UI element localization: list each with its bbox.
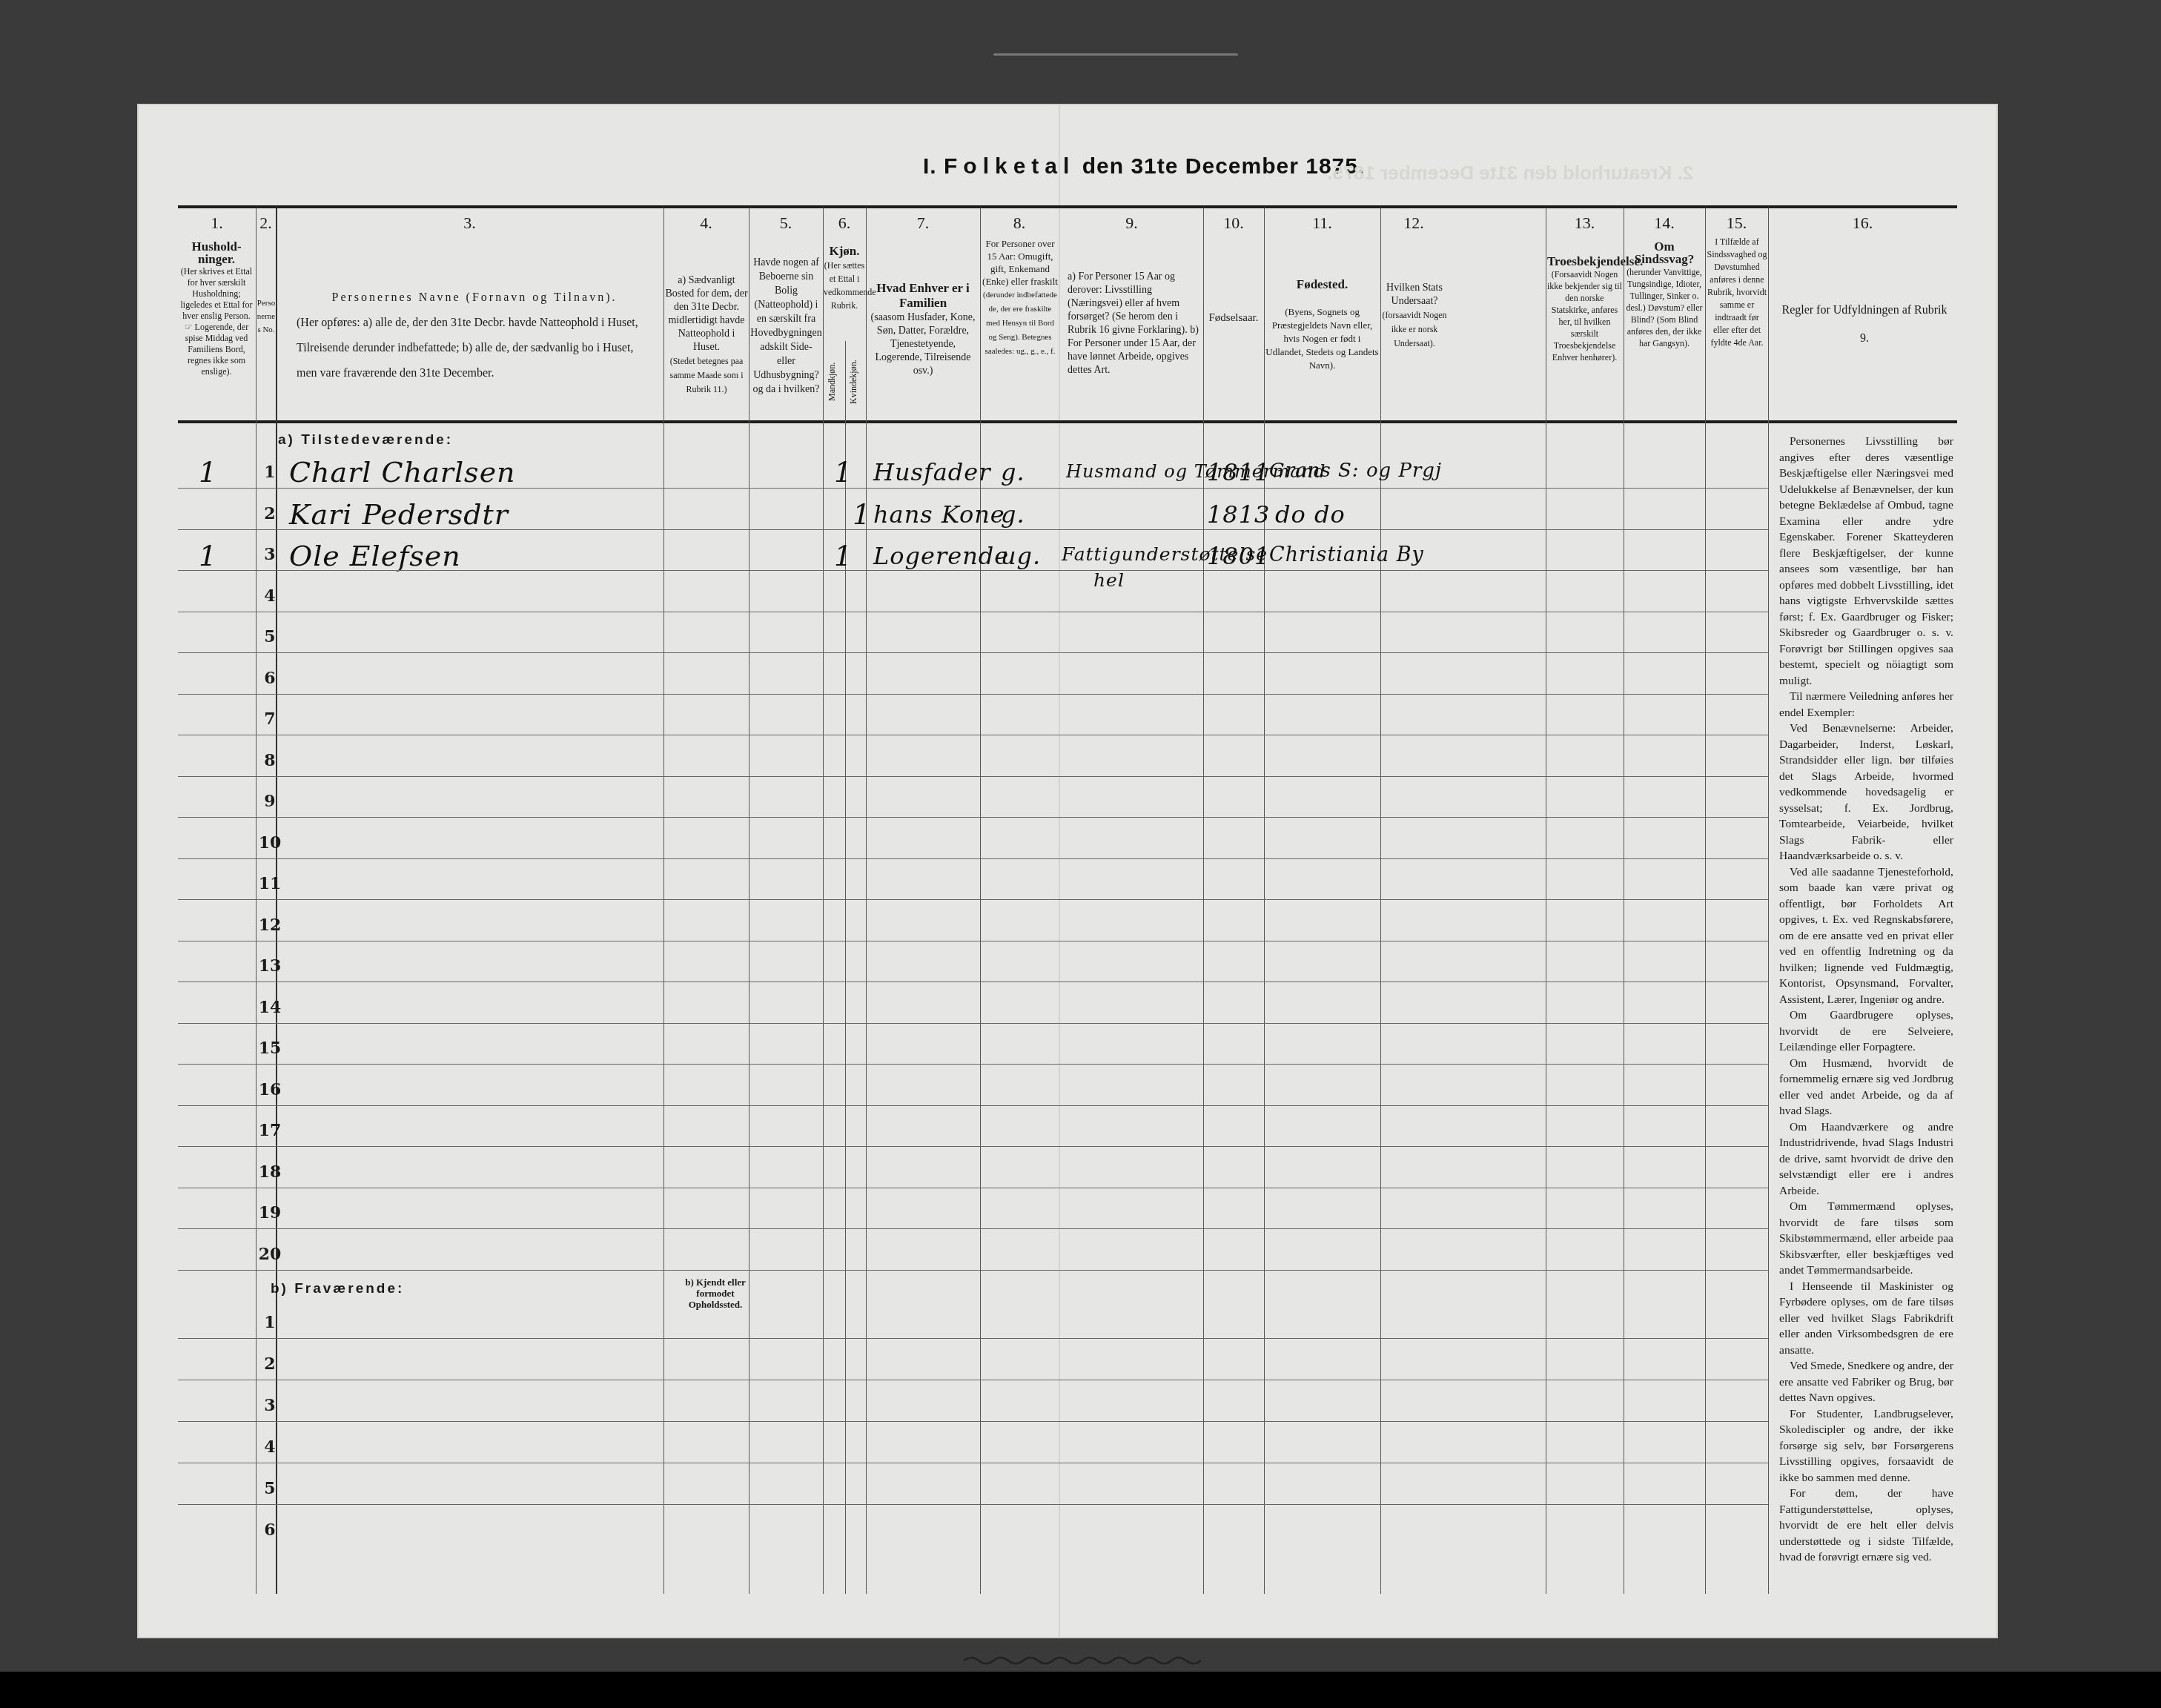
row-rule xyxy=(178,570,1768,571)
row-rule xyxy=(178,1105,1768,1106)
row-rule xyxy=(178,1270,1768,1271)
row-number: 1 xyxy=(258,463,282,482)
col-header-4-title: a) Sædvanligt Bosted for dem, der den 31… xyxy=(665,275,747,353)
col-divider xyxy=(1203,208,1204,1594)
row-number: 15 xyxy=(258,1039,282,1058)
entry-1-birthplace[interactable]: Grans S: og Prgj xyxy=(1269,460,1442,482)
col-num-2: 2. xyxy=(256,213,276,233)
row-number: 12 xyxy=(258,916,282,935)
entry-3-name[interactable]: Ole Elefsen xyxy=(289,540,461,572)
bleed-through-title: 2. Kreaturhold den 31te December 1875. xyxy=(1327,162,1693,185)
row-rule xyxy=(178,1023,1768,1024)
col-header-1-title: Hushold-ninger. xyxy=(191,239,241,266)
header-bottom-rule xyxy=(178,420,1957,423)
row-number: 14 xyxy=(258,998,282,1017)
rules-paragraph: Om Husmænd, hvorvidt de fornemmelig ernæ… xyxy=(1779,1056,1953,1119)
col-header-10: Fødselsaar. xyxy=(1205,311,1262,325)
entry-2-sex-f[interactable]: 1 xyxy=(853,498,871,531)
row-number: 9 xyxy=(258,792,282,811)
col-header-7-sub: (saasom Husfader, Kone, Søn, Datter, For… xyxy=(871,312,976,377)
col-header-6-title: Kjøn. xyxy=(829,244,859,258)
row-rule xyxy=(178,652,1768,653)
col-header-9: a) For Personer 15 Aar og derover: Livss… xyxy=(1068,271,1199,377)
row-number: 3 xyxy=(258,545,282,564)
col-header-11-title: Fødested. xyxy=(1297,277,1348,291)
bottom-signature-scrawl xyxy=(964,1655,1245,1666)
row-number: 8 xyxy=(258,751,282,770)
scan-bottom-edge xyxy=(0,1672,2161,1708)
col-header-1: Hushold-ninger. (Her skrives et Ettal fo… xyxy=(179,241,254,377)
row-rule xyxy=(178,899,1768,900)
rules-paragraph: Ved Smede, Snedkere og andre, der ere an… xyxy=(1779,1358,1953,1406)
rules-paragraph: Om Haandværkere og andre Industridrivend… xyxy=(1779,1119,1953,1199)
col-header-14-title: Om Sindssvag? xyxy=(1635,239,1694,266)
row-rule xyxy=(178,1064,1768,1065)
col-divider xyxy=(749,208,749,1594)
col-divider xyxy=(1546,208,1546,1594)
entry-1-name[interactable]: Charl Charlsen xyxy=(289,456,516,489)
col-num-3: 3. xyxy=(276,213,663,233)
entry-3-sex-m[interactable]: 1 xyxy=(834,540,853,572)
row-rule xyxy=(178,817,1768,818)
col-header-14: Om Sindssvag? (herunder Vanvittige, Tung… xyxy=(1625,241,1704,349)
entry-2-birthplace[interactable]: do do xyxy=(1275,500,1346,529)
col-divider xyxy=(276,208,277,1594)
col-header-14-sub: (herunder Vanvittige, Tungsindige, Idiot… xyxy=(1626,267,1703,348)
col4-absent-note: b) Kjendt eller formodet Opholdssted. xyxy=(671,1277,760,1310)
col-num-12: 12. xyxy=(1380,213,1447,233)
col-header-8: For Personer over 15 Aar: Omugift, gift,… xyxy=(982,237,1059,358)
entry-2-name[interactable]: Kari Pedersdtr xyxy=(289,498,509,531)
col-num-4: 4. xyxy=(663,213,749,233)
rules-paragraph: Til nærmere Veiledning anføres her endel… xyxy=(1779,689,1953,721)
row-number-absent: 6 xyxy=(258,1520,282,1540)
col-divider xyxy=(1624,208,1624,1594)
entry-1-sex-m[interactable]: 1 xyxy=(834,456,853,489)
row-number: 13 xyxy=(258,956,282,976)
entry-3-marital[interactable]: ug. xyxy=(1001,542,1041,570)
entry-1-marital[interactable]: g. xyxy=(1001,458,1025,486)
rules-paragraph: Ved Benævnelserne: Arbeider, Dagarbeider… xyxy=(1779,721,1953,864)
row-rule xyxy=(178,1463,1768,1463)
entry-1-household: 1 xyxy=(199,456,217,489)
col-header-2: Personernes No. xyxy=(257,297,276,337)
col-header-6-male: Mandkjøn. xyxy=(825,352,843,411)
col-num-16: 16. xyxy=(1768,213,1957,233)
row-rule xyxy=(178,1380,1768,1380)
entry-3-role[interactable]: Logerende xyxy=(873,542,1009,570)
row-number-absent: 3 xyxy=(258,1396,282,1415)
row-rule xyxy=(178,1421,1768,1422)
title-main: Folketal xyxy=(944,154,1075,179)
row-number: 5 xyxy=(258,627,282,646)
rules-paragraph: For Studenter, Landbrugselever, Skoledis… xyxy=(1779,1406,1953,1486)
row-rule xyxy=(178,1504,1768,1505)
row-rule xyxy=(178,529,1768,530)
col-num-5: 5. xyxy=(749,213,823,233)
title-date: den 31te December 1875. xyxy=(1082,154,1366,179)
rules-for-column-9: Personernes Livsstilling bør angives eft… xyxy=(1779,434,1953,1566)
row-number: 6 xyxy=(258,669,282,688)
row-number: 10 xyxy=(258,833,282,853)
col-divider xyxy=(1705,208,1706,1594)
header-top-rule xyxy=(178,205,1957,208)
col-header-7-title: Hvad Enhver er i Familien xyxy=(876,281,969,310)
col-header-11-sub: (Byens, Sognets og Præstegjeldets Navn e… xyxy=(1265,306,1378,371)
entry-3-occupation-detail[interactable]: hel xyxy=(1093,569,1125,591)
row-rule xyxy=(178,1188,1768,1188)
row-number: 16 xyxy=(258,1080,282,1099)
row-number-absent: 5 xyxy=(258,1479,282,1498)
col-num-6: 6. xyxy=(823,213,866,233)
row-rule xyxy=(178,735,1768,735)
row-number-absent: 2 xyxy=(258,1354,282,1374)
col-header-13-sub: (Forsaavidt Nogen ikke bekjender sig til… xyxy=(1547,269,1622,363)
row-rule xyxy=(178,488,1768,489)
col-divider xyxy=(663,208,664,1594)
rules-paragraph: Personernes Livsstilling bør angives eft… xyxy=(1779,434,1953,689)
entry-2-role[interactable]: hans Kone xyxy=(873,500,1005,529)
row-number: 20 xyxy=(258,1245,282,1264)
col-header-6: Kjøn. (Her sættes et Ettal i vedkommende… xyxy=(824,245,865,312)
col-num-11: 11. xyxy=(1264,213,1380,233)
section-absent-label: b) Fraværende: xyxy=(271,1281,404,1297)
row-rule xyxy=(178,982,1768,982)
col-num-15: 15. xyxy=(1705,213,1768,233)
col-header-12-sub: (forsaavidt Nogen ikke er norsk Undersaa… xyxy=(1383,310,1447,348)
rules-paragraph: Om Gaardbrugere oplyses, hvorvidt de ere… xyxy=(1779,1007,1953,1056)
col-header-11: Fødested. (Byens, Sognets og Præstegjeld… xyxy=(1265,278,1379,372)
row-rule xyxy=(178,1228,1768,1229)
page-title: I. Folketal den 31te December 1875. xyxy=(923,154,1365,179)
top-pencil-mark xyxy=(993,53,1238,56)
rules-paragraph: Ved alle saadanne Tjenesteforhold, som b… xyxy=(1779,864,1953,1008)
row-rule xyxy=(178,1146,1768,1147)
entry-1-role[interactable]: Husfader xyxy=(873,458,991,486)
entry-3-birth-year[interactable]: 1801 xyxy=(1207,542,1270,570)
col-num-13: 13. xyxy=(1546,213,1624,233)
row-number-absent: 4 xyxy=(258,1437,282,1457)
col-divider xyxy=(823,208,824,1594)
page-fold xyxy=(1059,104,1060,1638)
row-number: 7 xyxy=(258,709,282,729)
col-header-6-female: Kvindekjøn. xyxy=(847,352,864,411)
col-header-3-sub: (Her opføres: a) alle de, der den 31te D… xyxy=(297,311,652,386)
col-divider xyxy=(1264,208,1265,1594)
entry-2-birth-year[interactable]: 1813 xyxy=(1207,500,1270,529)
col-header-16: Regler for Udfyldningen af Rubrik 9. xyxy=(1779,297,1950,353)
col-header-3-title: Personernes Navne (Fornavn og Tilnavn). xyxy=(297,285,652,311)
entry-1-birth-year[interactable]: 1811 xyxy=(1207,458,1270,486)
title-prefix: I. xyxy=(923,154,937,179)
row-number: 17 xyxy=(258,1121,282,1140)
col-header-15: I Tilfælde af Sindssvaghed og Døvstumhed… xyxy=(1707,236,1767,349)
entry-2-marital[interactable]: g. xyxy=(1001,500,1025,529)
col-num-1: 1. xyxy=(178,213,256,233)
col-header-8-sub: (derunder indbefattede de, der ere frask… xyxy=(983,291,1057,356)
col-header-7: Hvad Enhver er i Familien (saasom Husfad… xyxy=(867,282,979,378)
row-rule xyxy=(178,1338,1768,1339)
col-divider xyxy=(1380,208,1381,1594)
rules-paragraph: I Henseende til Maskinister og Fyrbødere… xyxy=(1779,1279,1953,1359)
col-num-9: 9. xyxy=(1060,213,1203,233)
row-number: 18 xyxy=(258,1162,282,1182)
col-divider xyxy=(866,208,867,1594)
row-number: 4 xyxy=(258,586,282,606)
col-divider xyxy=(256,208,257,1594)
row-number: 19 xyxy=(258,1203,282,1222)
entry-3-birthplace[interactable]: Christiania By xyxy=(1269,543,1424,566)
col-num-14: 14. xyxy=(1624,213,1705,233)
row-rule xyxy=(178,694,1768,695)
col-header-3: Personernes Navne (Fornavn og Tilnavn). … xyxy=(297,285,652,386)
row-number-absent: 1 xyxy=(258,1313,282,1332)
col-num-10: 10. xyxy=(1203,213,1264,233)
section-present-label: a) Tilstedeværende: xyxy=(278,432,453,448)
col-divider xyxy=(1768,208,1769,1594)
row-rule xyxy=(178,612,1768,612)
rules-paragraph: For dem, der have Fattigunderstøttelse, … xyxy=(1779,1486,1953,1566)
col-header-1-sub: (Her skrives et Ettal for hver særskilt … xyxy=(181,266,253,377)
entry-3-household: 1 xyxy=(199,540,217,572)
col-header-5: Havde nogen af Beboerne sin Bolig (Natte… xyxy=(750,256,822,397)
col-header-4-sub: (Stedet betegnes paa samme Maade som i R… xyxy=(670,356,744,394)
col-header-8-title: For Personer over 15 Aar: Omugift, gift,… xyxy=(982,238,1058,287)
row-number: 2 xyxy=(258,504,282,523)
col-header-12-title: Hvilken Stats Undersaat? xyxy=(1386,282,1443,307)
col-header-13: Troesbekjendelse. (Forsaavidt Nogen ikke… xyxy=(1547,256,1622,363)
col-num-7: 7. xyxy=(866,213,980,233)
rules-paragraph: Om Tømmermænd oplyses, hvorvidt de fare … xyxy=(1779,1199,1953,1279)
row-rule xyxy=(178,776,1768,777)
col-num-8: 8. xyxy=(980,213,1059,233)
col-header-4: a) Sædvanligt Bosted for dem, der den 31… xyxy=(665,274,748,397)
col-divider xyxy=(980,208,981,1594)
row-rule xyxy=(178,858,1768,859)
row-rule xyxy=(178,941,1768,941)
row-number: 11 xyxy=(258,874,282,893)
col-header-12: Hvilken Stats Undersaat? (forsaavidt Nog… xyxy=(1382,282,1447,351)
